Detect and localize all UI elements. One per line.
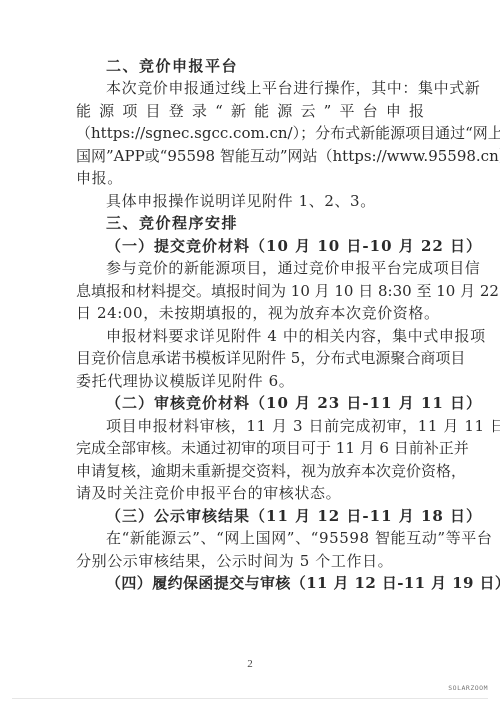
- paragraph-line: 息填报和材料提交。填报时间为 10 月 10 日 8:30 至 10 月 22: [76, 280, 424, 302]
- section-heading: 二、竞价申报平台: [106, 55, 424, 77]
- paragraph-line: 分别公示审核结果，公示时间为 5 个工作日。: [76, 550, 424, 572]
- paragraph-line: 能源项目登录“新能源云”平台申报: [76, 100, 424, 122]
- paragraph-line: 目竞价信息承诺书模板详见附件 5，分布式电源聚合商项目: [76, 347, 424, 369]
- watermark: SOLARZOOM: [448, 684, 488, 692]
- paragraph-line: 在“新能源云”、“网上国网”、“95598 智能互动”等平台: [106, 527, 424, 549]
- subsection-heading: （四）履约保函提交与审核（11 月 12 日-11 月 19 日）: [106, 572, 424, 594]
- paragraph-line: （https://sgnec.sgcc.com.cn/）；分布式新能源项目通过“…: [76, 122, 424, 144]
- paragraph-line: 完成全部审核。未通过初审的项目可于 11 月 6 日前补正并: [76, 437, 424, 459]
- footer-divider: [12, 698, 488, 699]
- paragraph-line: 申请复核，逾期未重新提交资料，视为放弃本次竞价资格，: [76, 460, 424, 482]
- page-number: 2: [0, 658, 500, 670]
- subsection-heading: （三）公示审核结果（11 月 12 日-11 月 18 日）: [106, 505, 424, 527]
- paragraph-line: 国网”APP或“95598 智能互动”网站（https://www.95598.…: [76, 145, 424, 167]
- paragraph-line: 申报。: [76, 167, 424, 189]
- section-heading: 三、竞价程序安排: [106, 212, 424, 234]
- paragraph-line: 本次竞价申报通过线上平台进行操作，其中：集中式新: [106, 77, 424, 99]
- paragraph-line: 请及时关注竞价申报平台的审核状态。: [76, 482, 424, 504]
- subsection-heading: （二）审核竞价材料（10 月 23 日-11 月 11 日）: [106, 392, 424, 414]
- paragraph-line: 参与竞价的新能源项目，通过竞价申报平台完成项目信: [106, 257, 424, 279]
- subsection-heading: （一）提交竞价材料（10 月 10 日-10 月 22 日）: [106, 235, 424, 257]
- paragraph-line: 项目申报材料审核，11 月 3 日前完成初审，11 月 11 日: [106, 415, 424, 437]
- paragraph-line: 日 24:00，未按期填报的，视为放弃本次竞价资格。: [76, 302, 424, 324]
- paragraph-line: 申报材料要求详见附件 4 中的相关内容，集中式申报项: [106, 325, 424, 347]
- paragraph-line: 具体申报操作说明详见附件 1、2、3。: [106, 190, 424, 212]
- document-page: 二、竞价申报平台 本次竞价申报通过线上平台进行操作，其中：集中式新 能源项目登录…: [0, 0, 500, 706]
- paragraph-line: 委托代理协议模版详见附件 6。: [76, 370, 424, 392]
